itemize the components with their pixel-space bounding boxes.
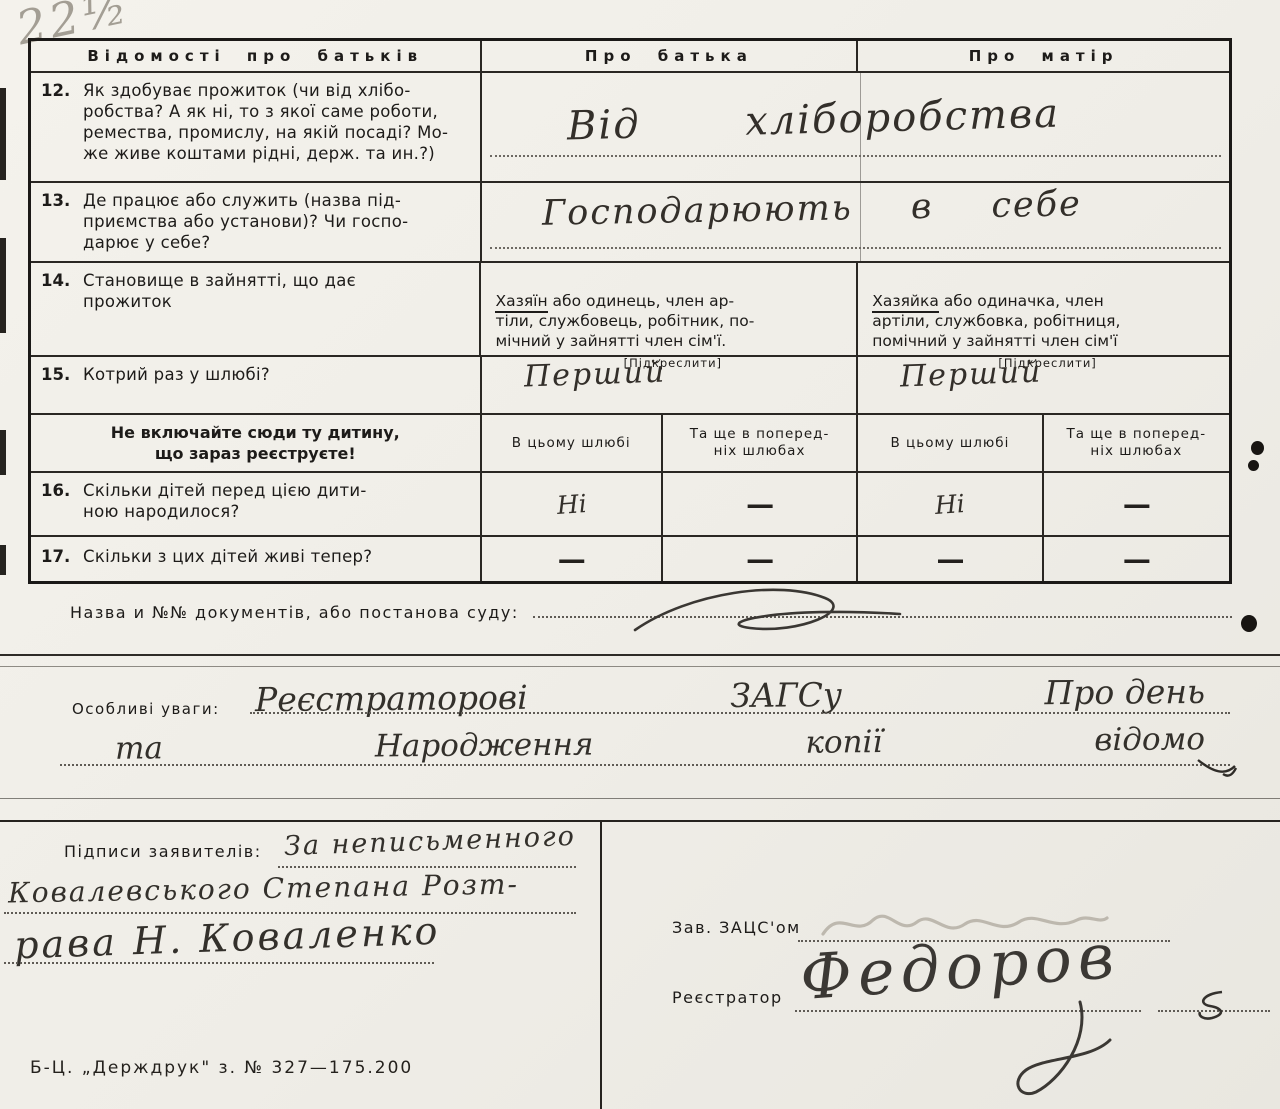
subcol-label: Та ще в поперед- ніх шлюбах bbox=[1044, 415, 1229, 471]
q13-number: 13. bbox=[41, 190, 83, 257]
applicants-handwriting-line3: рава Н. Коваленко bbox=[13, 909, 441, 968]
ink-blot bbox=[1248, 460, 1259, 471]
q16-question: 16. Скільки дітей перед цією дити- ною н… bbox=[31, 473, 480, 535]
q13-handwritten-answer: Господарюють в себе bbox=[541, 184, 1081, 233]
subcol-label: В цьому шлюбі bbox=[858, 415, 1041, 471]
subcol-label: Та ще в поперед- ніх шлюбах bbox=[663, 415, 856, 471]
remarks-word: Народження bbox=[375, 727, 594, 765]
horizontal-rule bbox=[0, 666, 1280, 667]
q12-answer-cell: Від хліборобства bbox=[480, 73, 1229, 181]
q14-father-options: Хазяїн або одинець, член ар- тіли, служб… bbox=[479, 263, 856, 355]
pen-flourish bbox=[620, 572, 920, 644]
applicants-handwriting-line1: За неписьменного bbox=[284, 821, 577, 862]
answer-dotted-line bbox=[490, 155, 1221, 157]
q15-number: 15. bbox=[41, 364, 83, 409]
table-header-row: Відомості про батьків Про батька Про мат… bbox=[31, 41, 1229, 71]
page-edge-mark bbox=[0, 545, 6, 575]
q14-mother-options: Хазяйка або одиначка, член артіли, служб… bbox=[856, 263, 1229, 355]
remarks-word: відомо bbox=[1094, 721, 1205, 758]
applicants-dotted-line1 bbox=[278, 866, 576, 868]
q17-mother-prev-answer: — bbox=[1044, 537, 1229, 581]
subheader-note-cell: Не включайте сюди ту дитину, що зараз ре… bbox=[31, 415, 480, 471]
remarks-dotted-line2 bbox=[60, 764, 1230, 766]
row-q12: 12. Як здобуває прожиток (чи від хлібо- … bbox=[31, 71, 1229, 181]
q17-number: 17. bbox=[41, 546, 83, 577]
q17-text: Скільки з цих дітей живі тепер? bbox=[83, 546, 476, 577]
applicants-handwriting-line2: Ковалевського Степана Розт- bbox=[8, 868, 519, 910]
q15-mother-handwritten: Перший bbox=[900, 355, 1043, 395]
q16-number: 16. bbox=[41, 480, 83, 531]
q14-text: Становище в зайнятті, що дає прожиток bbox=[83, 270, 475, 351]
q14-father-underlined-word: Хазяїн bbox=[495, 292, 547, 313]
horizontal-rule bbox=[0, 654, 1280, 656]
mother-this-marriage-header: В цьому шлюбі bbox=[856, 415, 1041, 471]
q15-question: 15. Котрий раз у шлюбі? bbox=[31, 357, 480, 413]
remarks-handwriting-line2: та Народження копії відомо bbox=[115, 721, 1205, 767]
horizontal-rule bbox=[0, 820, 1280, 822]
remarks-word: Про день bbox=[1044, 672, 1205, 712]
ink-blot bbox=[1241, 615, 1257, 632]
q15-father-answer-cell: Перший bbox=[480, 357, 857, 413]
q16-mother-prev-answer: — bbox=[1044, 473, 1229, 535]
q16-father-prev-cell: — bbox=[661, 473, 856, 535]
header-father-col: Про батька bbox=[480, 41, 857, 71]
q16-father-this-answer: Ні bbox=[480, 467, 663, 541]
page-edge-mark bbox=[0, 88, 6, 180]
q13-text: Де працює або служить (назва під- приємс… bbox=[83, 190, 476, 257]
father-this-marriage-header: В цьому шлюбі bbox=[480, 415, 661, 471]
documents-label: Назва и №№ документів, або постанова суд… bbox=[70, 603, 519, 622]
pen-swirl-mark bbox=[1192, 988, 1232, 1022]
subcol-label: В цьому шлюбі bbox=[482, 415, 661, 471]
q15-mother-answer-cell: Перший bbox=[856, 357, 1229, 413]
q14-number: 14. bbox=[41, 270, 83, 351]
q17-mother-prev-cell: — bbox=[1042, 537, 1229, 581]
row-q14: 14. Становище в зайнятті, що дає прожито… bbox=[31, 261, 1229, 355]
q14-mother-underlined-word: Хазяйка bbox=[872, 292, 939, 313]
q15-text: Котрий раз у шлюбі? bbox=[83, 364, 476, 409]
q16-father-prev-answer: — bbox=[663, 473, 856, 535]
remarks-dotted-line1 bbox=[250, 712, 1230, 714]
row-subheader: Не включайте сюди ту дитину, що зараз ре… bbox=[31, 413, 1229, 471]
pen-check-mark bbox=[1195, 752, 1240, 782]
ink-blot bbox=[1251, 441, 1264, 455]
registrar-signature-flourish bbox=[940, 1000, 1140, 1100]
birth-registration-form-scan: 22½ Відомості про батьків Про батька Про… bbox=[0, 0, 1280, 1109]
q16-text: Скільки дітей перед цією дити- ною народ… bbox=[83, 480, 476, 531]
q17-question: 17. Скільки з цих дітей живі тепер? bbox=[31, 537, 480, 581]
page-edge-mark bbox=[0, 430, 6, 475]
horizontal-rule bbox=[0, 798, 1280, 799]
row-q16: 16. Скільки дітей перед цією дити- ною н… bbox=[31, 471, 1229, 535]
q16-mother-this-cell: Ні bbox=[856, 473, 1041, 535]
header-info-col: Відомості про батьків bbox=[31, 41, 480, 71]
q14-question: 14. Становище в зайнятті, що дає прожито… bbox=[31, 263, 479, 355]
q16-mother-this-answer: Ні bbox=[856, 467, 1043, 542]
remarks-word: ЗАГСу bbox=[730, 675, 842, 715]
q16-father-this-cell: Ні bbox=[480, 473, 661, 535]
father-prev-marriages-header: Та ще в поперед- ніх шлюбах bbox=[661, 415, 856, 471]
header-mother-col: Про матір bbox=[856, 41, 1229, 71]
row-q15: 15. Котрий раз у шлюбі? Перший Перший bbox=[31, 355, 1229, 413]
remarks-label: Особливі уваги: bbox=[72, 700, 220, 718]
q12-question: 12. Як здобуває прожиток (чи від хлібо- … bbox=[31, 73, 480, 181]
subheader-note: Не включайте сюди ту дитину, що зараз ре… bbox=[31, 415, 480, 471]
page-edge-mark bbox=[0, 238, 6, 333]
q12-number: 12. bbox=[41, 80, 83, 177]
print-shop-code: Б-Ц. „Держдрук" з. № 327—175.200 bbox=[30, 1058, 413, 1078]
remarks-word: копії bbox=[805, 724, 882, 761]
zags-head-label: Зав. ЗАЦС'ом bbox=[672, 918, 801, 937]
applicants-label: Підписи заявителів: bbox=[64, 842, 262, 861]
applicants-dotted-line3 bbox=[4, 962, 434, 964]
mother-prev-marriages-header: Та ще в поперед- ніх шлюбах bbox=[1042, 415, 1229, 471]
answer-dotted-line bbox=[490, 247, 1221, 249]
q15-father-handwritten: Перший bbox=[523, 355, 666, 395]
row-q13: 13. Де працює або служить (назва під- пр… bbox=[31, 181, 1229, 261]
q13-answer-cell: Господарюють в себе bbox=[480, 183, 1229, 261]
q16-mother-prev-cell: — bbox=[1042, 473, 1229, 535]
q12-text: Як здобуває прожиток (чи від хлібо- робс… bbox=[83, 80, 476, 177]
q13-question: 13. Де працює або служить (назва під- пр… bbox=[31, 183, 480, 261]
q12-handwritten-answer: Від хліборобства bbox=[566, 91, 1060, 150]
parents-info-table: Відомості про батьків Про батька Про мат… bbox=[28, 38, 1232, 584]
remarks-word: та bbox=[115, 730, 163, 766]
vertical-divider bbox=[600, 820, 602, 1109]
registrar-label: Реєстратор bbox=[672, 988, 783, 1007]
